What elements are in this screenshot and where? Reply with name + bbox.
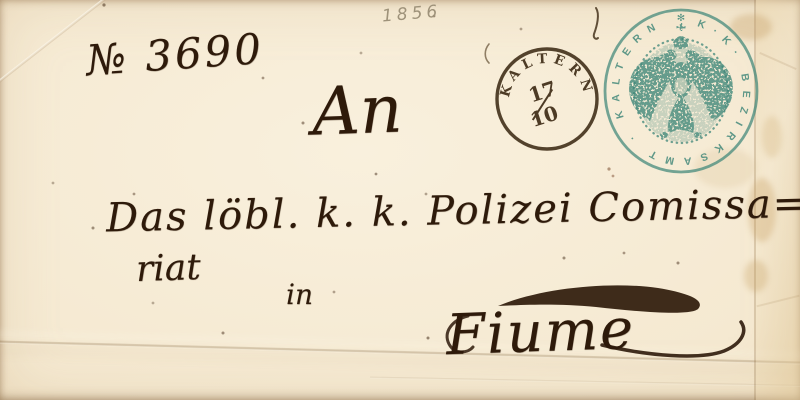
crease-line xyxy=(0,340,800,365)
reference-number: № 3690 xyxy=(85,24,266,85)
seal-bottom-ornament xyxy=(660,132,668,138)
stray-ink-mark xyxy=(594,8,598,39)
pencil-year: 1856 xyxy=(381,1,442,26)
ink-speckles xyxy=(0,0,2,2)
address-preposition: in xyxy=(286,278,313,311)
crown-cross-bar xyxy=(677,26,686,28)
seal-star: ✻ xyxy=(677,13,685,24)
letter-cover: № 3690 1856 An Das löbl. k. k. Polizei C… xyxy=(0,0,800,400)
official-seal: ✻ K∙K∙ BEZIRKSAMT ∙ KALTERN xyxy=(600,4,762,176)
postmark-kaltern: KALTERN 17 10 xyxy=(492,44,604,156)
crown xyxy=(673,36,689,49)
address-line1: Das löbl. k. k. Polizei Comissa= xyxy=(106,181,800,242)
stain xyxy=(762,116,782,158)
crease-line xyxy=(370,377,800,388)
stain xyxy=(744,260,768,292)
address-salutation: An xyxy=(311,70,404,150)
address-line2: riat xyxy=(135,247,201,290)
address-destination: Fiume xyxy=(445,297,636,369)
small-ink-arc xyxy=(485,44,489,63)
postmark-date: 17 10 xyxy=(520,76,567,132)
seal-bottom-ornament xyxy=(694,132,702,138)
eagle-shield xyxy=(675,78,688,95)
